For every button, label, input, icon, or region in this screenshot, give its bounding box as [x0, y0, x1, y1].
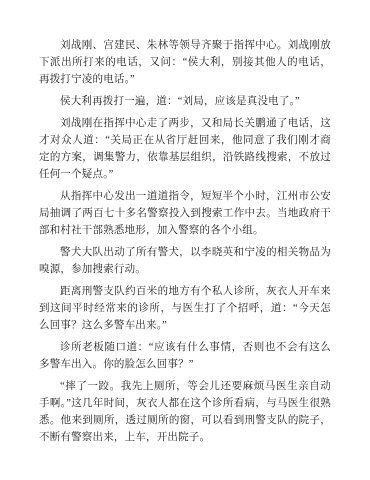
ebook-page: 刘战刚、宫建民、朱林等领导齐聚于指挥中心。刘战刚放下派出所打来的电话，又问：“侯… [0, 0, 370, 480]
paragraph: 警犬大队出动了所有警犬，以李晓英和宁凌的相关物品为嗅源，参加搜索行动。 [39, 244, 331, 278]
paragraph: 诊所老板随口道：“应该有什么事情，否则也不会有这么多警车出入。你的脸怎么回事？” [39, 339, 331, 373]
paragraph: 侯大利再拨打一遍，道：“刘局，应该是真没电了。” [39, 93, 331, 110]
paragraph: 刘战刚在指挥中心走了两步，又和局长关鹏通了电话，这才对众人道：“关局正在从省厅赶… [39, 115, 331, 183]
paragraph: “摔了一跤。我先上厕所，等会儿还要麻烦马医生亲自动手啊。”这几年时间，灰衣人都在… [39, 378, 331, 446]
paragraph: 距离刑警支队约百米的地方有个私人诊所，灰衣人开车来到这间平时经常来的诊所，与医生… [39, 283, 331, 334]
paragraph: 从指挥中心发出一道道指令，短短半个小时，江州市公安局抽调了两百七十多名警察投入到… [39, 188, 331, 239]
paragraph: 刘战刚、宫建民、朱林等领导齐聚于指挥中心。刘战刚放下派出所打来的电话，又问：“侯… [39, 37, 331, 88]
body-text: 刘战刚、宫建民、朱林等领导齐聚于指挥中心。刘战刚放下派出所打来的电话，又问：“侯… [39, 37, 331, 446]
